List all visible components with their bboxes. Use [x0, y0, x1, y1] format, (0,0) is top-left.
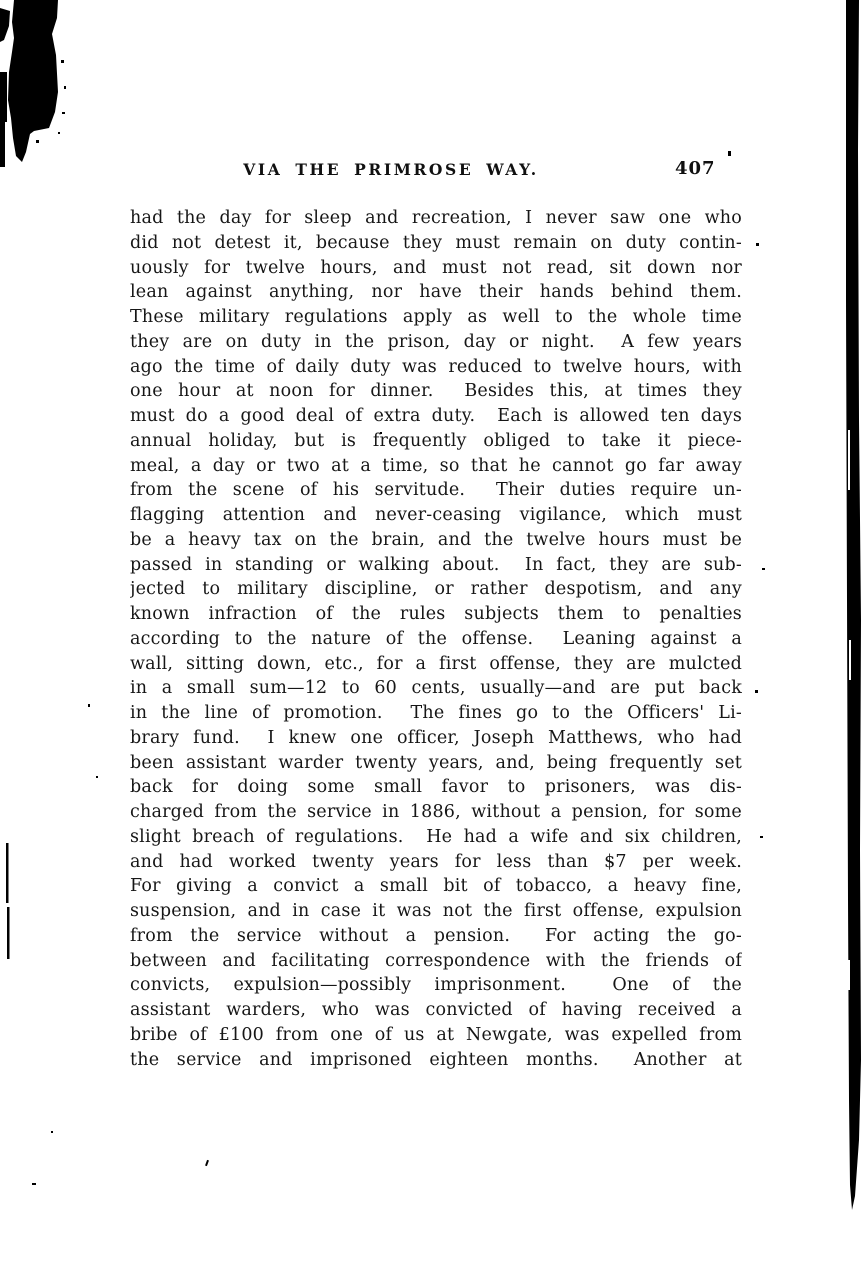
text-line: been assistant warder twenty years, and,…: [130, 751, 742, 776]
text-line: flagging attention and never-ceasing vig…: [130, 503, 742, 528]
text-line: according to the nature of the offense. …: [130, 627, 742, 652]
scan-speck: [88, 704, 90, 707]
text-line: the service and imprisoned eighteen mont…: [130, 1048, 742, 1073]
text-line: assistant warders, who was convicted of …: [130, 998, 742, 1023]
text-line: ago the time of daily duty was reduced t…: [130, 355, 742, 380]
text-line: and had worked twenty years for less tha…: [130, 850, 742, 875]
text-line: passed in standing or walking about. In …: [130, 553, 742, 578]
text-line: they are on duty in the prison, day or n…: [130, 330, 742, 355]
text-line: lean against anything, nor have their ha…: [130, 280, 742, 305]
text-line: slight breach of regulations. He had a w…: [130, 825, 742, 850]
text-line: convicts, expulsion—possibly imprisonmen…: [130, 973, 742, 998]
body-text: had the day for sleep and recreation, I …: [130, 206, 742, 1072]
scan-speck: [728, 151, 731, 156]
scan-speck: [755, 690, 758, 693]
scan-speck: [96, 776, 98, 778]
scan-speck: [760, 836, 763, 838]
text-line: bribe of £100 from one of us at Newgate,…: [130, 1023, 742, 1048]
scan-artifact-left-line: [4, 843, 12, 963]
text-line: back for doing some small favor to priso…: [130, 775, 742, 800]
text-line: from the service without a pension. For …: [130, 924, 742, 949]
text-line: must do a good deal of extra duty. Each …: [130, 404, 742, 429]
text-line: These military regulations apply as well…: [130, 305, 742, 330]
text-line: annual holiday, but is frequently oblige…: [130, 429, 742, 454]
text-line: between and facilitating correspondence …: [130, 949, 742, 974]
scan-speck: [51, 1131, 53, 1133]
text-line: uously for twelve hours, and must not re…: [130, 256, 742, 281]
scanned-book-page: VIA THE PRIMROSE WAY. 407 had the day fo…: [0, 0, 865, 1285]
text-line: be a heavy tax on the brain, and the twe…: [130, 528, 742, 553]
scan-artifact-top-left-blob: [0, 0, 75, 180]
text-line: brary fund. I knew one officer, Joseph M…: [130, 726, 742, 751]
scan-speck: [205, 1160, 209, 1166]
text-line: did not detest it, because they must rem…: [130, 231, 742, 256]
scan-speck: [756, 243, 759, 246]
text-line: in a small sum—12 to 60 cents, usually—a…: [130, 676, 742, 701]
running-title: VIA THE PRIMROSE WAY.: [130, 160, 652, 179]
text-line: known infraction of the rules subjects t…: [130, 602, 742, 627]
text-line: suspension, and in case it was not the f…: [130, 899, 742, 924]
scan-speck: [762, 568, 765, 570]
text-line: wall, sitting down, etc., for a first of…: [130, 652, 742, 677]
page-header: VIA THE PRIMROSE WAY. 407: [130, 160, 742, 186]
text-line: charged from the service in 1886, withou…: [130, 800, 742, 825]
scan-speck: [32, 1183, 36, 1185]
text-line: one hour at noon for dinner. Besides thi…: [130, 379, 742, 404]
text-line: jected to military discipline, or rather…: [130, 577, 742, 602]
text-line: For giving a convict a small bit of toba…: [130, 874, 742, 899]
text-line: had the day for sleep and recreation, I …: [130, 206, 742, 231]
text-line: from the scene of his servitude. Their d…: [130, 478, 742, 503]
text-line: meal, a day or two at a time, so that he…: [130, 454, 742, 479]
scan-artifact-right-strip: [844, 0, 864, 1215]
text-line: in the line of promotion. The fines go t…: [130, 701, 742, 726]
page-number: 407: [675, 158, 716, 179]
